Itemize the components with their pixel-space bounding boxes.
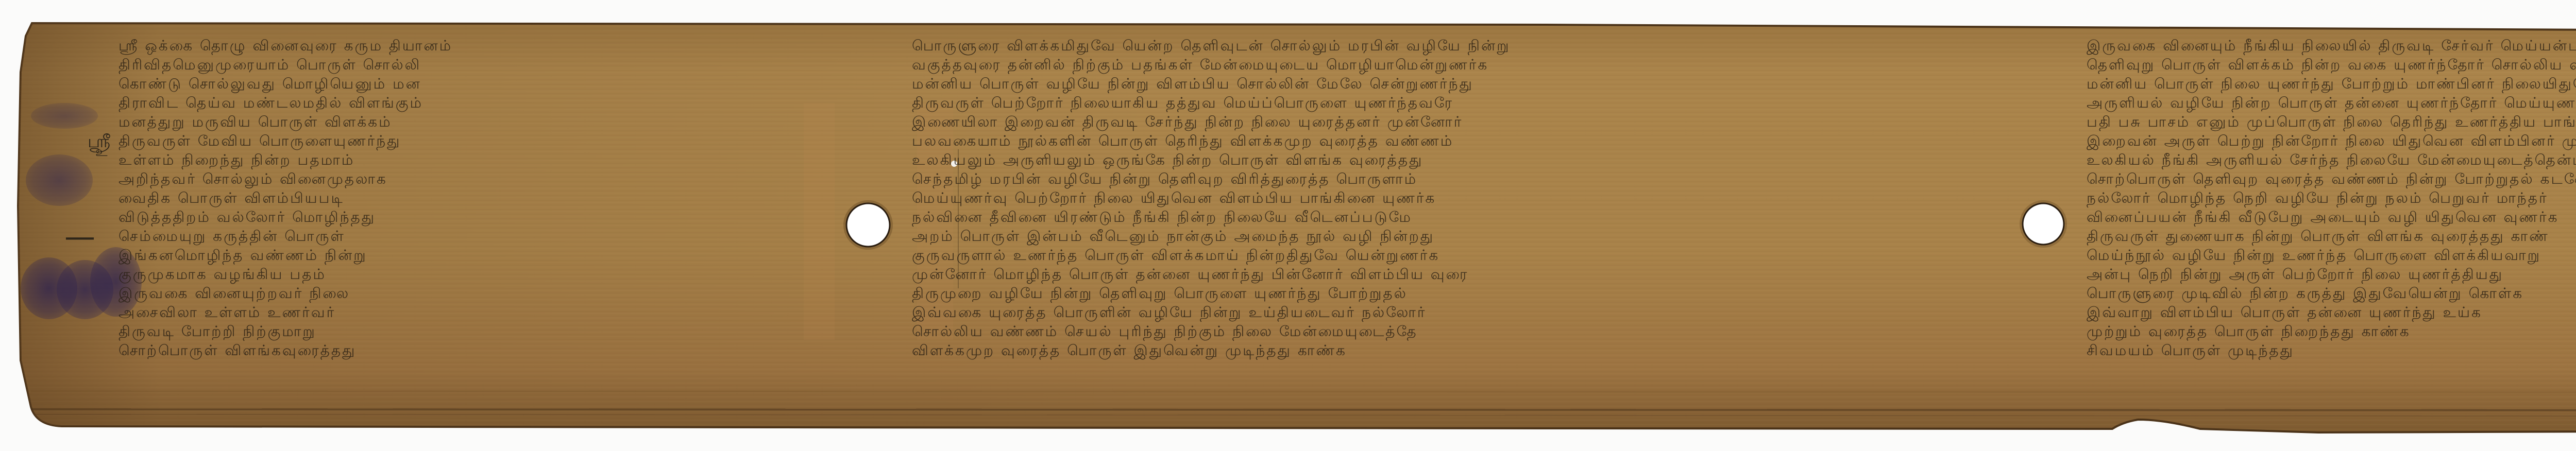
text-column-middle: பொருளுரை விளக்கமிதுவே யென்ற தெளிவுடன் சொ… (912, 36, 2014, 396)
ink-smudge (26, 154, 93, 206)
text-column-left: ஸ்ரீ ஒக்கை தொழு வினைவுரை கரும தியானம் தி… (118, 36, 829, 396)
binding-hole-left (846, 203, 890, 247)
palm-leaf-folio: ஸ்ரீ உ — ஸ்ரீ ஒக்கை தொழு வினைவுரை கரும த… (0, 0, 2576, 451)
text-column-right: இருவகை வினையும் நீங்கிய நிலையில் திருவடி… (2087, 36, 2576, 396)
ink-smudge (31, 103, 98, 129)
margin-tick: — (64, 219, 95, 255)
margin-note-u: உ (95, 144, 108, 161)
binding-hole-right (2023, 203, 2064, 245)
